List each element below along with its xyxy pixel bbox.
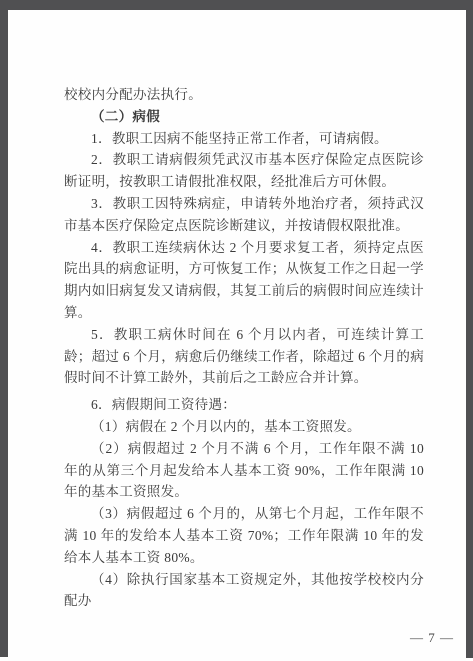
page-number: — 7 —	[8, 630, 466, 646]
paragraph: （2）病假超过 2 个月不满 6 个月，工作年限不满 10 年的从第三个月起发给…	[64, 438, 424, 503]
paragraph: （3）病假超过 6 个月的，从第七个月起，工作年限不满 10 年的发给本人基本工…	[64, 503, 424, 568]
scan-frame-right	[466, 0, 473, 658]
paragraph: 3．教职工因特殊病症，申请转外地治疗者，须持武汉市基本医疗保险定点医院诊断建议，…	[64, 193, 424, 237]
paragraph: 4．教职工连续病休达 2 个月要求复工者，须持定点医院出具的病愈证明，方可恢复工…	[64, 237, 424, 324]
paragraph: 2．教职工请病假须凭武汉市基本医疗保险定点医院诊断证明，按教职工请假批准权限，经…	[64, 149, 424, 193]
paragraph: 1．教职工因病不能坚持正常工作者，可请病假。	[64, 128, 424, 150]
document-body: 校校内分配办法执行。（二）病假1．教职工因病不能坚持正常工作者，可请病假。2．教…	[8, 10, 466, 612]
paragraph: 6．病假期间工资待遇：	[64, 394, 424, 416]
paragraph: 5．教职工病休时间在 6 个月以内者，可连续计算工龄；超过 6 个月，病愈后仍继…	[64, 324, 424, 389]
scan-frame-top	[0, 0, 473, 10]
scan-frame-left	[0, 0, 8, 657]
document-page: 校校内分配办法执行。（二）病假1．教职工因病不能坚持正常工作者，可请病假。2．教…	[8, 10, 466, 661]
paragraph: （二）病假	[64, 106, 424, 128]
paragraph: 校校内分配办法执行。	[64, 84, 424, 106]
paragraph: （4）除执行国家基本工资规定外，其他按学校校内分配办	[64, 569, 424, 613]
paragraph: （1）病假在 2 个月以内的，基本工资照发。	[64, 416, 424, 438]
screenshot-root: { "colors": { "frame": "#505052", "paper…	[0, 0, 473, 661]
